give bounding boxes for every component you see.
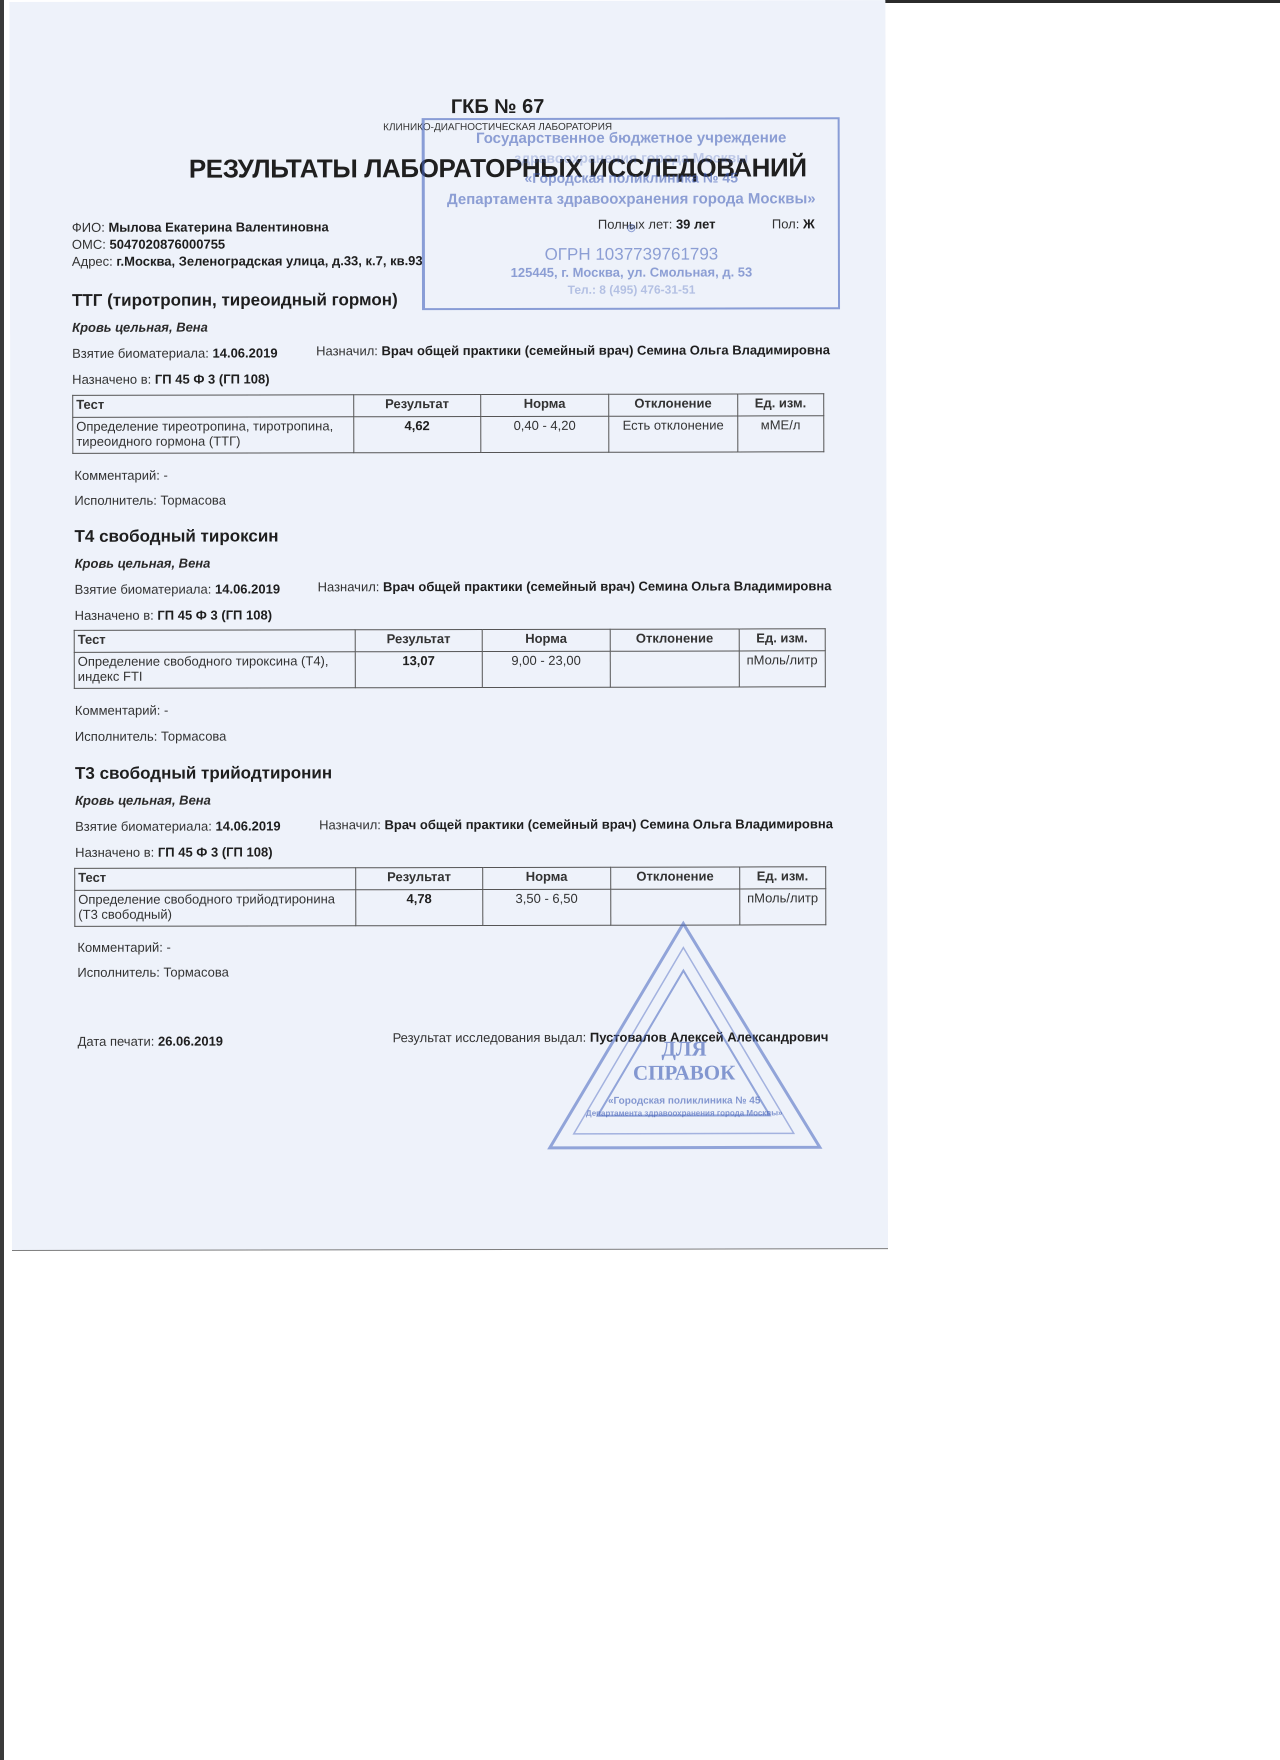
cell-unit: пМоль/литр: [739, 651, 825, 687]
cell-test: Определение свободного трийодтиронина(Т3…: [75, 890, 356, 927]
specimen: Кровь цельная, Вена: [75, 793, 211, 808]
cell-result: 13,07: [355, 652, 482, 688]
header-unit: Ед. изм.: [737, 394, 823, 416]
performer: Исполнитель: Тормасова: [77, 965, 229, 980]
cell-test: Определение свободного тироксина (Т4),ин…: [74, 652, 355, 689]
header-norm: Норма: [482, 629, 611, 651]
header-deviation: Отклонение: [609, 394, 738, 416]
table-header-row: Тест Результат Норма Отклонение Ед. изм.: [74, 629, 825, 653]
table-row: Определение тиреотропина, тиротропина,ти…: [73, 416, 824, 454]
performer: Исполнитель: Тормасова: [75, 729, 227, 744]
cell-deviation: [610, 651, 739, 687]
header-test: Тест: [73, 395, 354, 418]
section-t4: Т4 свободный тироксин Кровь цельная, Вен…: [9, 0, 885, 2]
patient-name: ФИО: Мылова Екатерина Валентиновна: [72, 219, 329, 235]
section-title: Т3 свободный трийодтиронин: [75, 763, 332, 784]
scan-left-edge: [0, 0, 4, 1760]
assigned-at: Назначено в: ГП 45 Ф 3 (ГП 108): [72, 371, 269, 386]
cell-test: Определение тиреотропина, тиротропина,ти…: [73, 417, 354, 454]
prescriber: Назначил: Врач общей практики (семейный …: [319, 816, 833, 832]
header-test: Тест: [74, 630, 355, 653]
emblem-icon: ◎: [425, 222, 838, 234]
header-unit: Ед. изм.: [739, 867, 825, 889]
table-header-row: Тест Результат Норма Отклонение Ед. изм.: [73, 394, 824, 418]
header-result: Результат: [355, 630, 482, 652]
comment: Комментарий: -: [75, 703, 168, 718]
comment: Комментарий: -: [77, 940, 170, 955]
section-tsh: ТТГ (тиротропин, тиреоидный гормон) Кров…: [9, 0, 885, 2]
cell-deviation: Есть отклонение: [609, 416, 738, 452]
header-test: Тест: [75, 868, 356, 891]
patient-address: Адрес: г.Москва, Зеленоградская улица, д…: [72, 253, 423, 269]
assigned-at: Назначено в: ГП 45 Ф 3 (ГП 108): [75, 607, 272, 622]
institution-stamp: Государственное бюджетное учреждение здр…: [422, 117, 840, 310]
section-title: ТТГ (тиротропин, тиреоидный гормон): [72, 290, 398, 311]
triangle-stamp: ДЛЯ СПРАВОК «Городская поликлиника № 45 …: [541, 915, 827, 1156]
performer: Исполнитель: Тормасова: [74, 493, 226, 508]
assigned-at: Назначено в: ГП 45 Ф 3 (ГП 108): [75, 844, 272, 859]
header-norm: Норма: [480, 394, 609, 416]
print-date: Дата печати: 26.06.2019: [78, 1034, 224, 1049]
cell-result: 4,62: [354, 417, 481, 453]
comment: Комментарий: -: [74, 468, 167, 483]
results-table: Тест Результат Норма Отклонение Ед. изм.…: [74, 628, 826, 689]
cell-result: 4,78: [356, 890, 483, 926]
document-page: ГКБ № 67 КЛИНИКО-ДИАГНОСТИЧЕСКАЯ ЛАБОРАТ…: [9, 0, 888, 1251]
results-table: Тест Результат Норма Отклонение Ед. изм.…: [72, 393, 824, 454]
scan-top-edge: [885, 0, 1280, 3]
patient-oms: ОМС: 5047020876000755: [72, 237, 225, 252]
section-title: Т4 свободный тироксин: [74, 526, 278, 546]
collection-date: Взятие биоматериала: 14.06.2019: [75, 818, 280, 833]
header-deviation: Отклонение: [610, 629, 739, 651]
specimen: Кровь цельная, Вена: [75, 556, 211, 571]
header-result: Результат: [354, 395, 481, 417]
cell-norm: 0,40 - 4,20: [480, 416, 609, 452]
collection-date: Взятие биоматериала: 14.06.2019: [72, 345, 277, 360]
prescriber: Назначил: Врач общей практики (семейный …: [318, 578, 832, 594]
collection-date: Взятие биоматериала: 14.06.2019: [75, 581, 280, 596]
cell-unit: мМЕ/л: [737, 416, 823, 452]
organization-name: ГКБ № 67: [10, 95, 986, 120]
table-row: Определение свободного тироксина (Т4),ин…: [74, 651, 825, 689]
header-result: Результат: [356, 868, 483, 890]
header-deviation: Отклонение: [611, 867, 740, 889]
cell-norm: 9,00 - 23,00: [482, 651, 611, 687]
table-header-row: Тест Результат Норма Отклонение Ед. изм.: [75, 867, 826, 891]
header-norm: Норма: [482, 867, 611, 889]
header-unit: Ед. изм.: [739, 629, 825, 651]
prescriber: Назначил: Врач общей практики (семейный …: [316, 342, 830, 358]
specimen: Кровь цельная, Вена: [72, 320, 208, 335]
section-t3: Т3 свободный трийодтиронин Кровь цельная…: [9, 0, 885, 2]
